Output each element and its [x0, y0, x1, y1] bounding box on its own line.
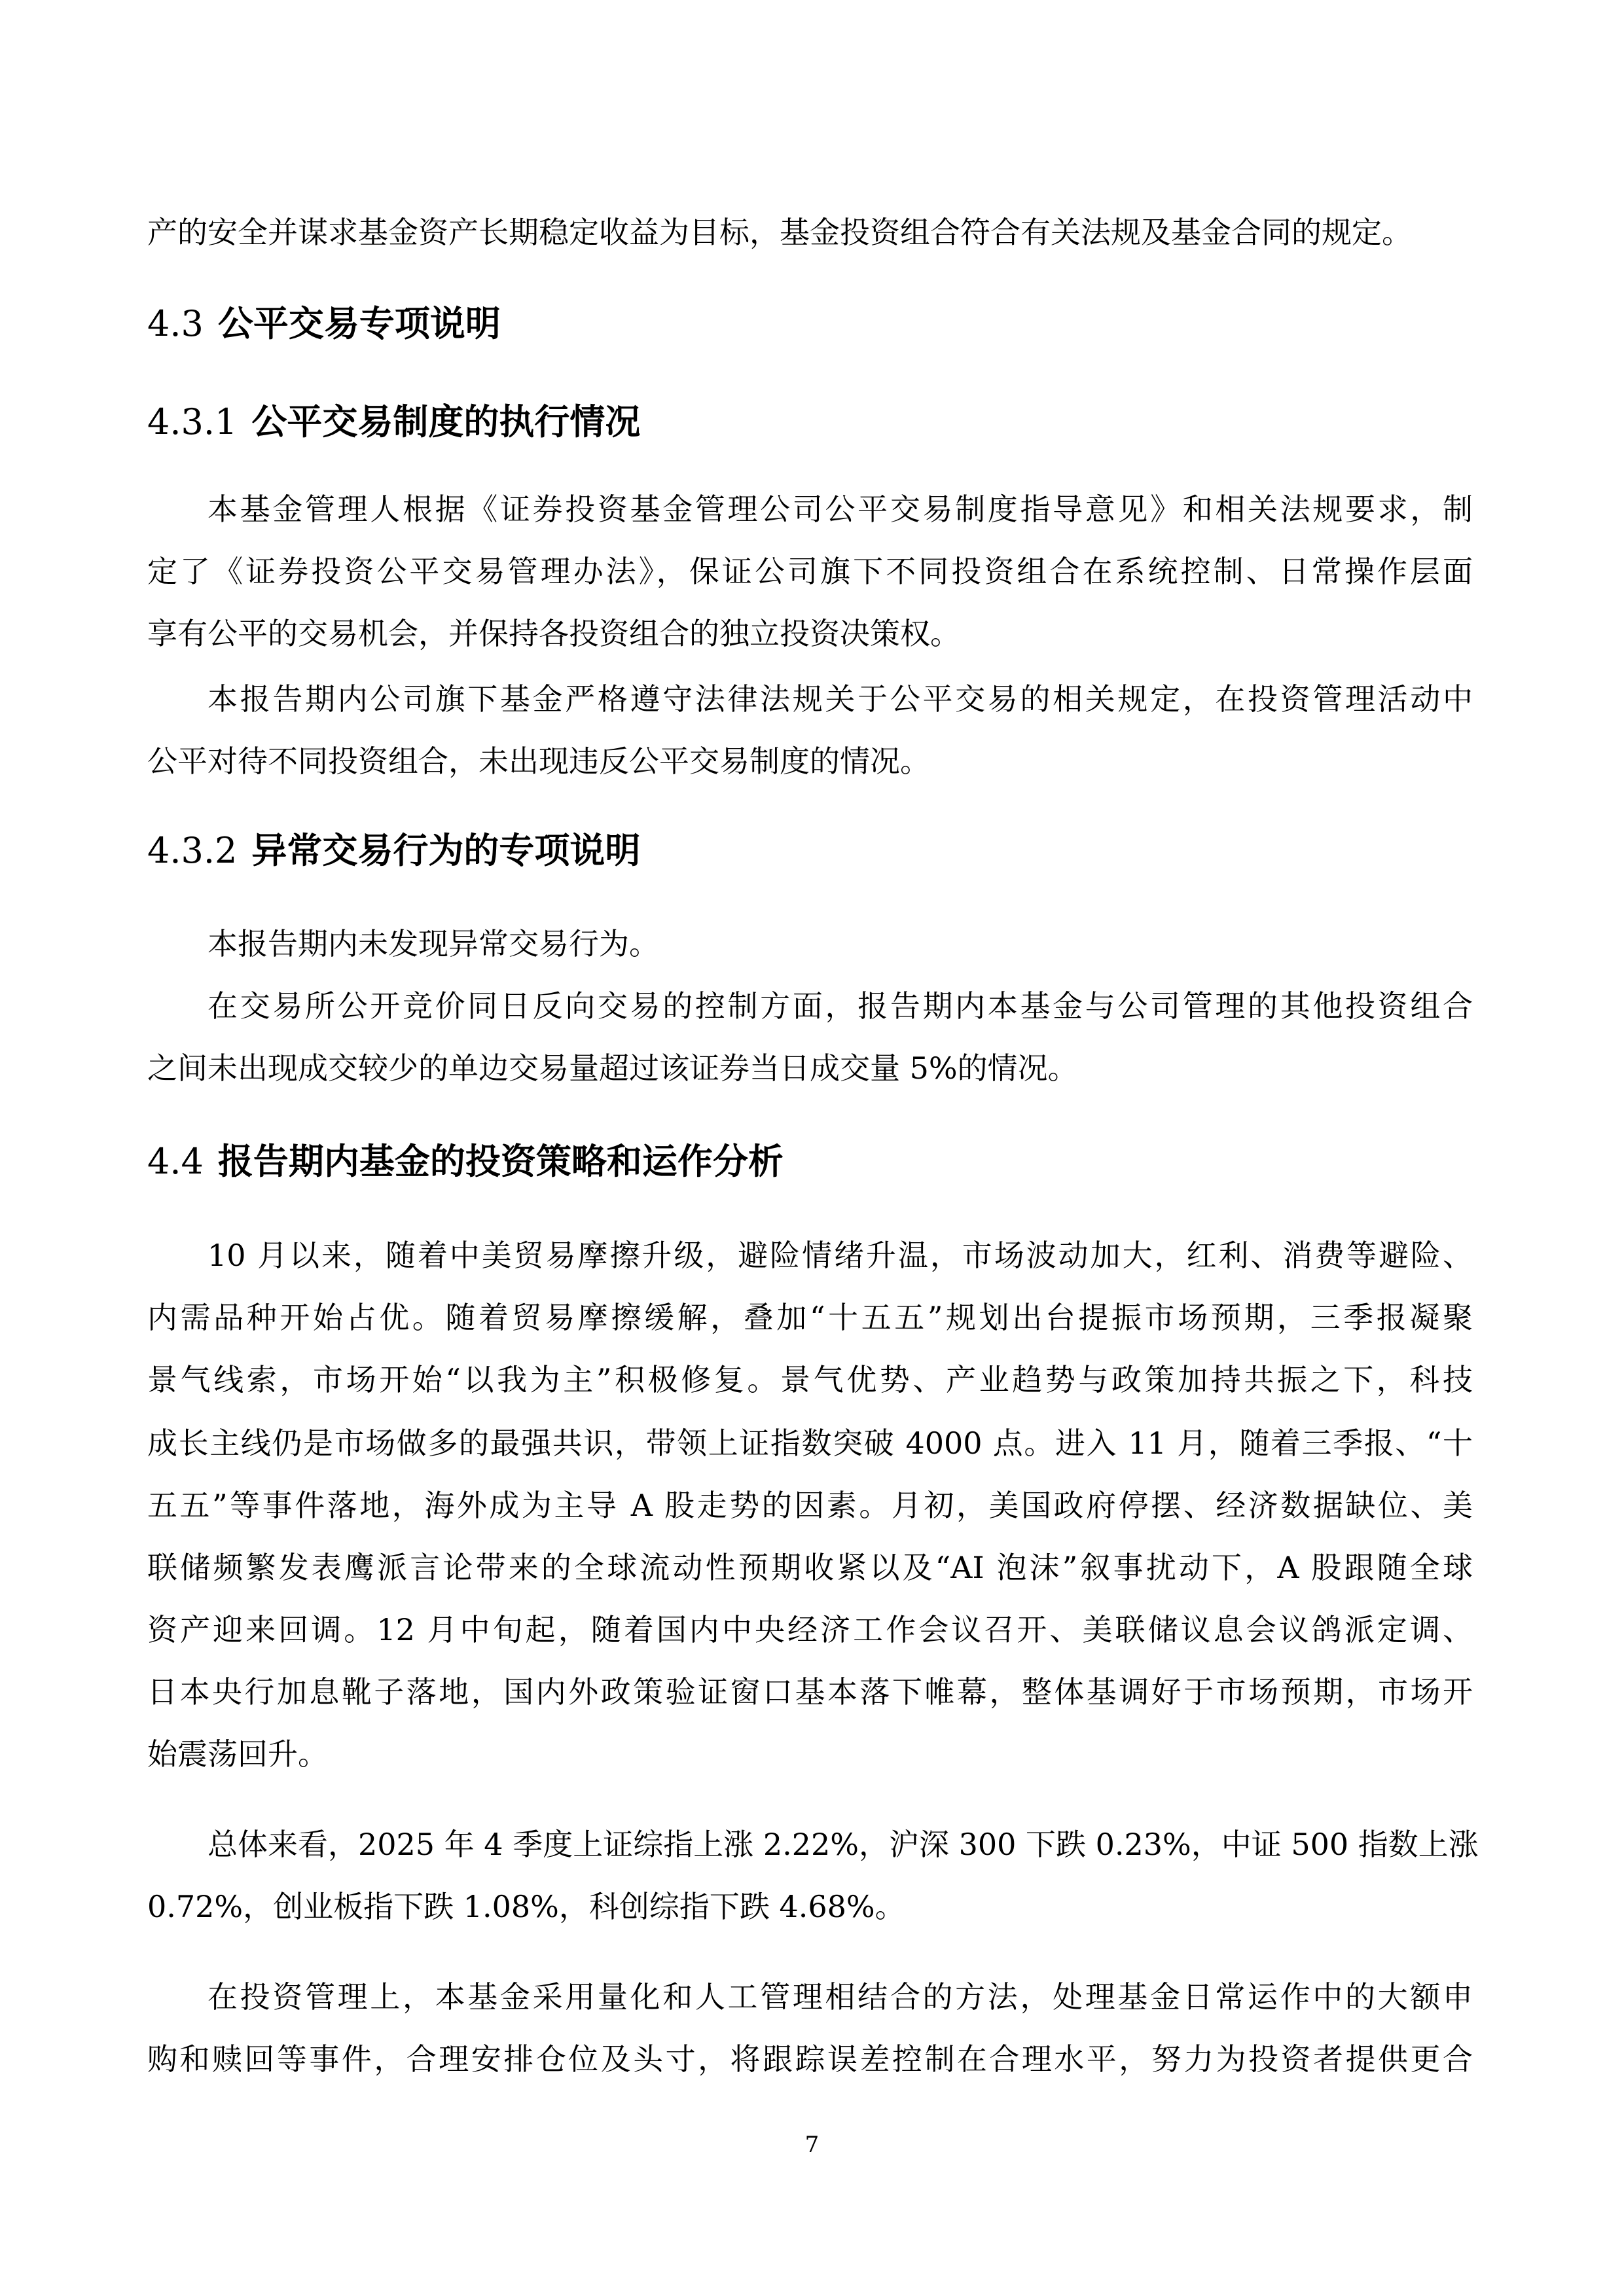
paragraph-line: 本报告期内公司旗下基金严格遵守法律法规关于公平交易的相关规定，在投资管理活动中: [208, 679, 1473, 719]
paragraph-line: 总体来看，2025 年 4 季度上证综指上涨 2.22%，沪深 300 下跌 0…: [208, 1825, 1473, 1864]
paragraph-line: 公平对待不同投资组合，未出现违反公平交易制度的情况。: [147, 742, 1473, 781]
paragraph-line: 享有公平的交易机会，并保持各投资组合的独立投资决策权。: [147, 614, 1473, 653]
paragraph-line: 日本央行加息靴子落地，国内外政策验证窗口基本落下帷幕，整体基调好于市场预期，市场…: [147, 1672, 1473, 1712]
paragraph-line: 0.72%，创业板指下跌 1.08%，科创综指下跌 4.68%。: [147, 1887, 1473, 1926]
paragraph-line: 之间未出现成交较少的单边交易量超过该证券当日成交量 5%的情况。: [147, 1049, 1473, 1088]
section-number: 4.3.2: [147, 830, 237, 871]
paragraph-line: 资产迎来回调。12 月中旬起，随着国内中央经济工作会议召开、美联储议息会议鸽派定…: [147, 1610, 1473, 1649]
paragraph-line: 在投资管理上，本基金采用量化和人工管理相结合的方法，处理基金日常运作中的大额申: [208, 1977, 1473, 2017]
paragraph-line: 景气线索，市场开始“以我为主”积极修复。景气优势、产业趋势与政策加持共振之下，科…: [147, 1360, 1473, 1399]
continuation-line: 产的安全并谋求基金资产长期稳定收益为目标，基金投资组合符合有关法规及基金合同的规…: [147, 213, 1473, 252]
section-heading-4-3-1: 4.3.1公平交易制度的执行情况: [147, 399, 640, 445]
paragraph-line: 联储频繁发表鹰派言论带来的全球流动性预期收紧以及“AI 泡沫”叙事扰动下，A 股…: [147, 1548, 1473, 1587]
paragraph-line: 在交易所公开竞价同日反向交易的控制方面，报告期内本基金与公司管理的其他投资组合: [208, 986, 1473, 1026]
paragraph-line: 内需品种开始占优。随着贸易摩擦缓解，叠加“十五五”规划出台提振市场预期，三季报凝…: [147, 1298, 1473, 1337]
paragraph-line: 成长主线仍是市场做多的最强共识，带领上证指数突破 4000 点。进入 11 月，…: [147, 1424, 1473, 1463]
section-number: 4.3: [147, 303, 204, 344]
section-number: 4.4: [147, 1141, 204, 1182]
paragraph-line: 10 月以来，随着中美贸易摩擦升级，避险情绪升温，市场波动加大，红利、消费等避险…: [208, 1236, 1473, 1275]
section-heading-4-3-2: 4.3.2异常交易行为的专项说明: [147, 828, 640, 874]
section-title: 异常交易行为的专项说明: [251, 830, 640, 871]
paragraph-line: 始震荡回升。: [147, 1734, 1473, 1774]
document-page: 产的安全并谋求基金资产长期稳定收益为目标，基金投资组合符合有关法规及基金合同的规…: [0, 0, 1624, 2296]
section-heading-4-4: 4.4报告期内基金的投资策略和运作分析: [147, 1139, 784, 1185]
section-number: 4.3.1: [147, 401, 237, 442]
section-title: 公平交易专项说明: [218, 303, 501, 344]
section-heading-4-3: 4.3公平交易专项说明: [147, 301, 501, 347]
paragraph-line: 购和赎回等事件，合理安排仓位及头寸，将跟踪误差控制在合理水平，努力为投资者提供更…: [147, 2039, 1473, 2079]
paragraph-line: 定了《证券投资公平交易管理办法》，保证公司旗下不同投资组合在系统控制、日常操作层…: [147, 552, 1473, 591]
section-title: 公平交易制度的执行情况: [251, 401, 640, 442]
paragraph-line: 本基金管理人根据《证券投资基金管理公司公平交易制度指导意见》和相关法规要求，制: [208, 490, 1473, 529]
section-title: 报告期内基金的投资策略和运作分析: [218, 1141, 784, 1182]
page-number: 7: [0, 2128, 1624, 2161]
paragraph-line: 五五”等事件落地，海外成为主导 A 股走势的因素。月初，美国政府停摆、经济数据缺…: [147, 1486, 1473, 1525]
paragraph-line: 本报告期内未发现异常交易行为。: [208, 924, 1473, 963]
